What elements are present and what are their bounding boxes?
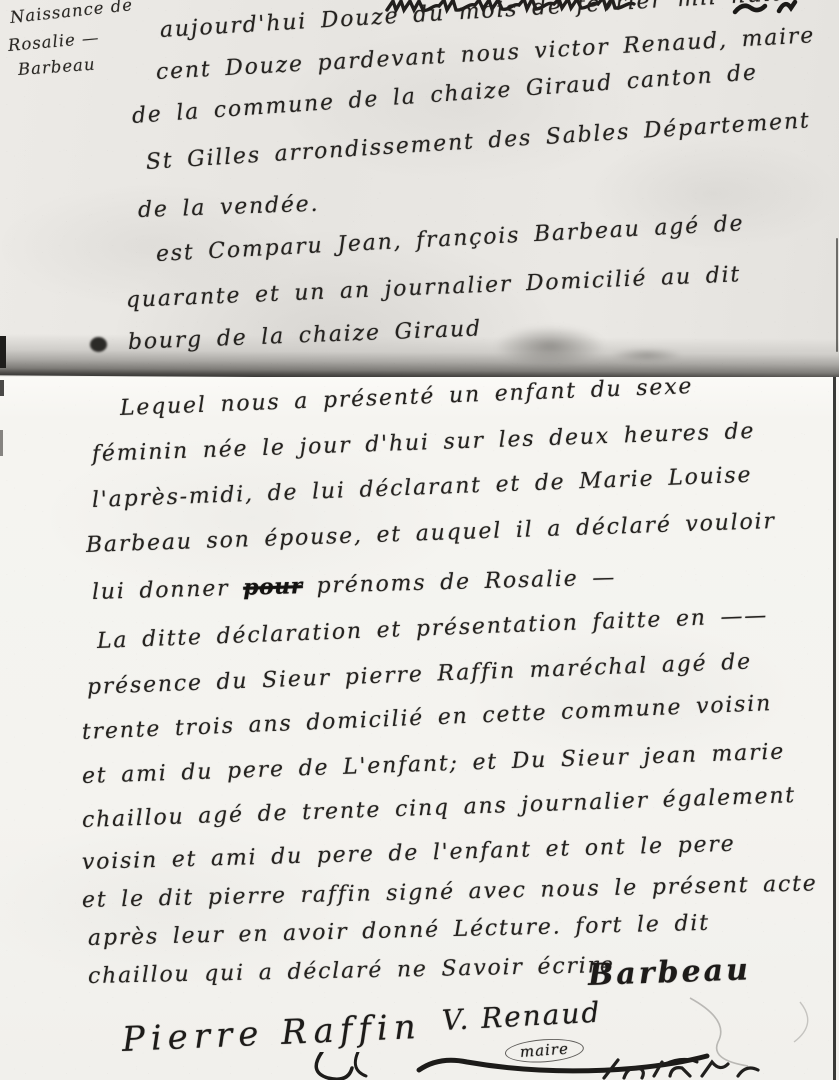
struck-out-word: pour (243, 573, 303, 601)
ink-smudge (612, 348, 682, 362)
signature-barbeau: Barbeau (587, 952, 751, 993)
scanned-register-document: Naissance de Rosalie — Barbeau aujourd'h… (0, 0, 839, 1080)
ink-smudge (495, 326, 605, 366)
line-text-before-correction: lui donner (92, 576, 244, 605)
ink-blot (90, 337, 107, 352)
